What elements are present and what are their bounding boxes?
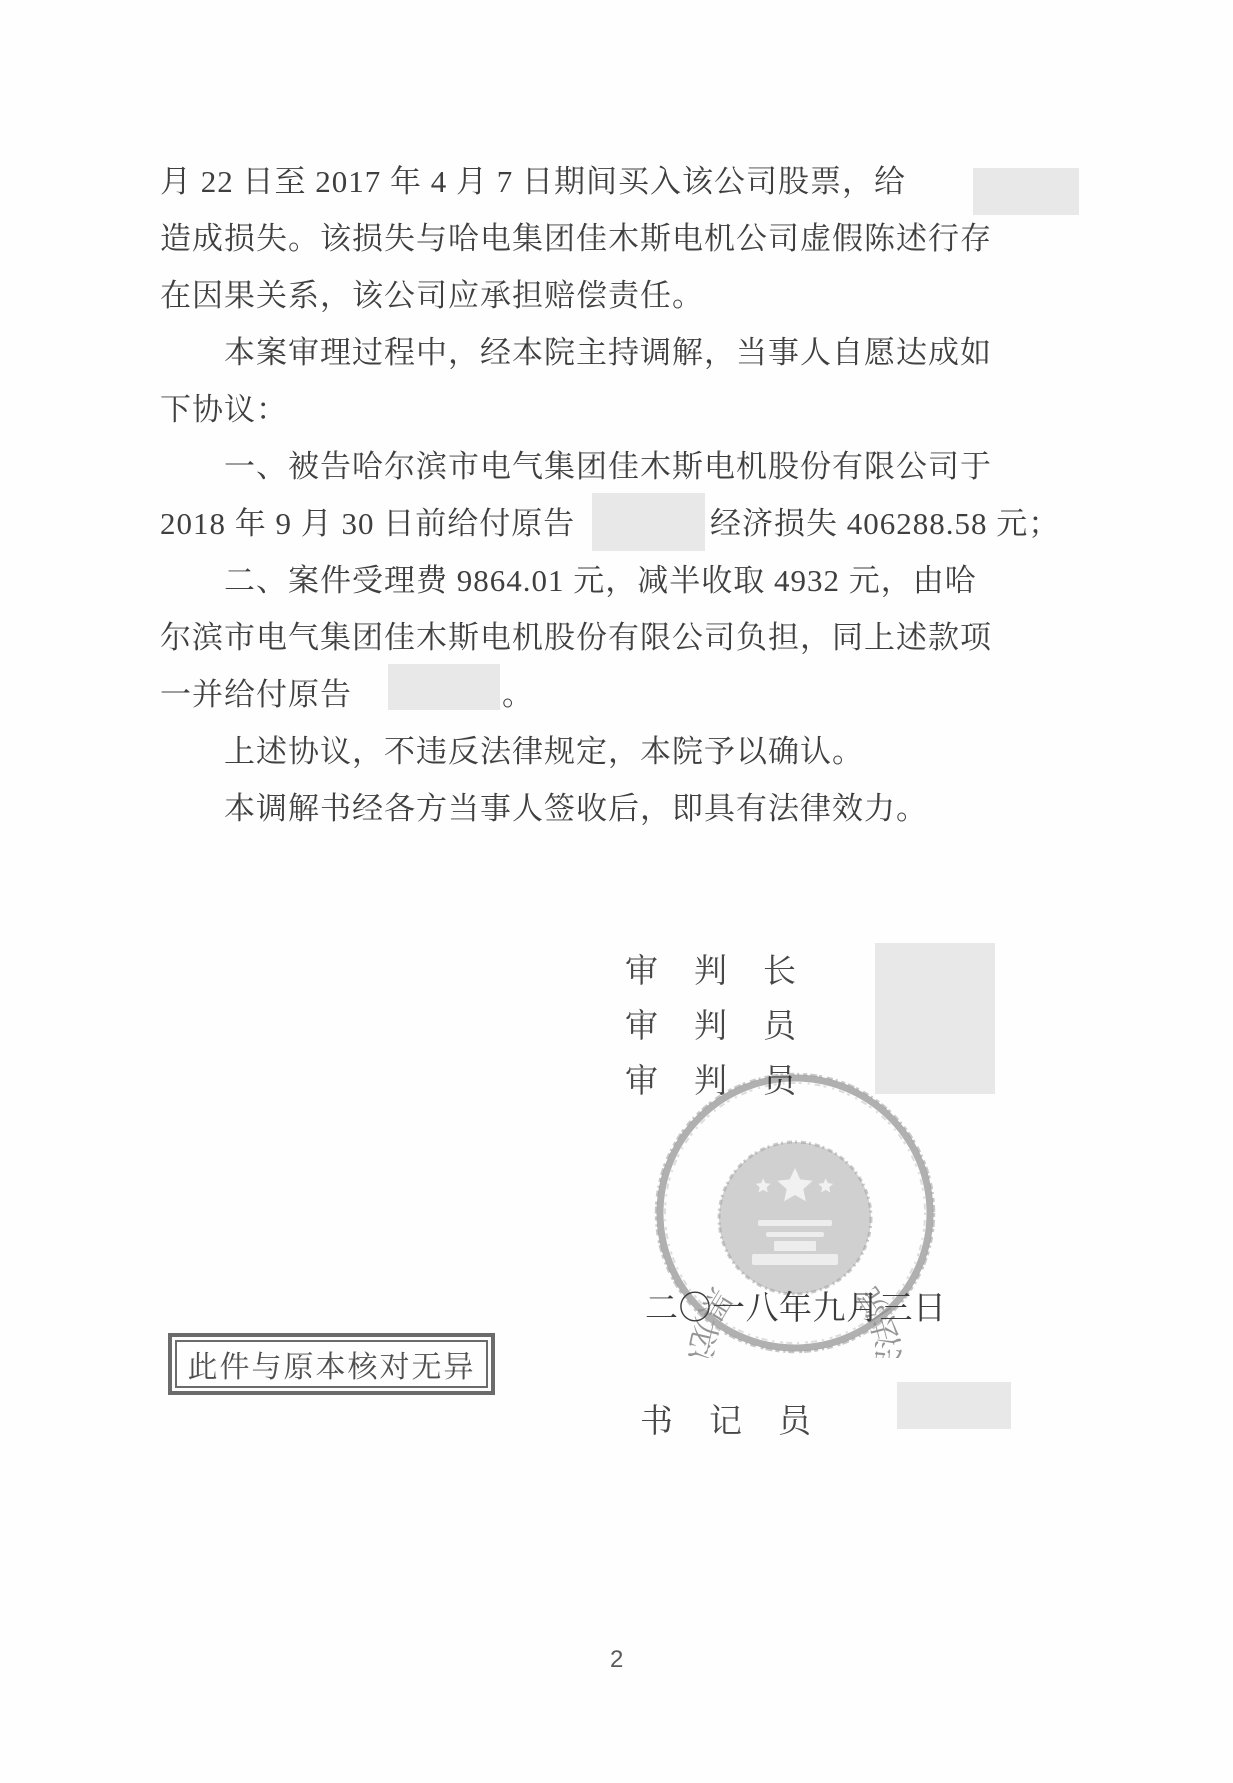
body-line: 上述协议，不违反法律规定，本院予以确认。: [224, 732, 864, 772]
body-line: 。: [502, 675, 534, 715]
redaction-box: [388, 664, 500, 710]
judge-row: 审判员: [625, 1000, 832, 1047]
body-line: 本案审理过程中，经本院主持调解，当事人自愿达成如: [224, 333, 992, 373]
body-line: 下协议：: [160, 390, 288, 430]
body-line: 本调解书经各方当事人签收后，即具有法律效力。: [224, 789, 928, 829]
body-line: 经济损失 406288.58 元；: [710, 504, 1060, 544]
redaction-box: [592, 493, 705, 551]
redaction-box: [973, 168, 1079, 215]
presiding-judge-row: 审判长: [625, 945, 832, 992]
body-line: 在因果关系，该公司应承担赔偿责任。: [160, 276, 704, 316]
verification-stamp-text: 此件与原本核对无异: [175, 1340, 488, 1388]
page-number: 2: [610, 1646, 623, 1674]
body-line: 一并给付原告: [160, 675, 352, 715]
national-emblem-icon: [719, 1142, 871, 1294]
date-line: 二〇一八年九月三日: [645, 1282, 947, 1329]
verification-stamp: 此件与原本核对无异: [168, 1333, 495, 1395]
body-line: 尔滨市电气集团佳木斯电机股份有限公司负担，同上述款项: [160, 618, 992, 658]
clerk-row: 书记员: [640, 1395, 847, 1442]
body-line: 一、被告哈尔滨市电气集团佳木斯电机股份有限公司于: [224, 447, 992, 487]
redaction-box-clerk-name: [897, 1382, 1011, 1429]
body-line: 二、案件受理费 9864.01 元，减半收取 4932 元，由哈: [224, 561, 977, 601]
body-line: 造成损失。该损失与哈电集团佳木斯电机公司虚假陈述行存: [160, 219, 992, 259]
body-line: 月 22 日至 2017 年 4 月 7 日期间买入该公司股票，给: [160, 162, 906, 202]
body-line: 2018 年 9 月 30 日前给付原告: [160, 504, 575, 544]
document-page: 月 22 日至 2017 年 4 月 7 日期间买入该公司股票，给 造成损失。该…: [0, 0, 1233, 1783]
